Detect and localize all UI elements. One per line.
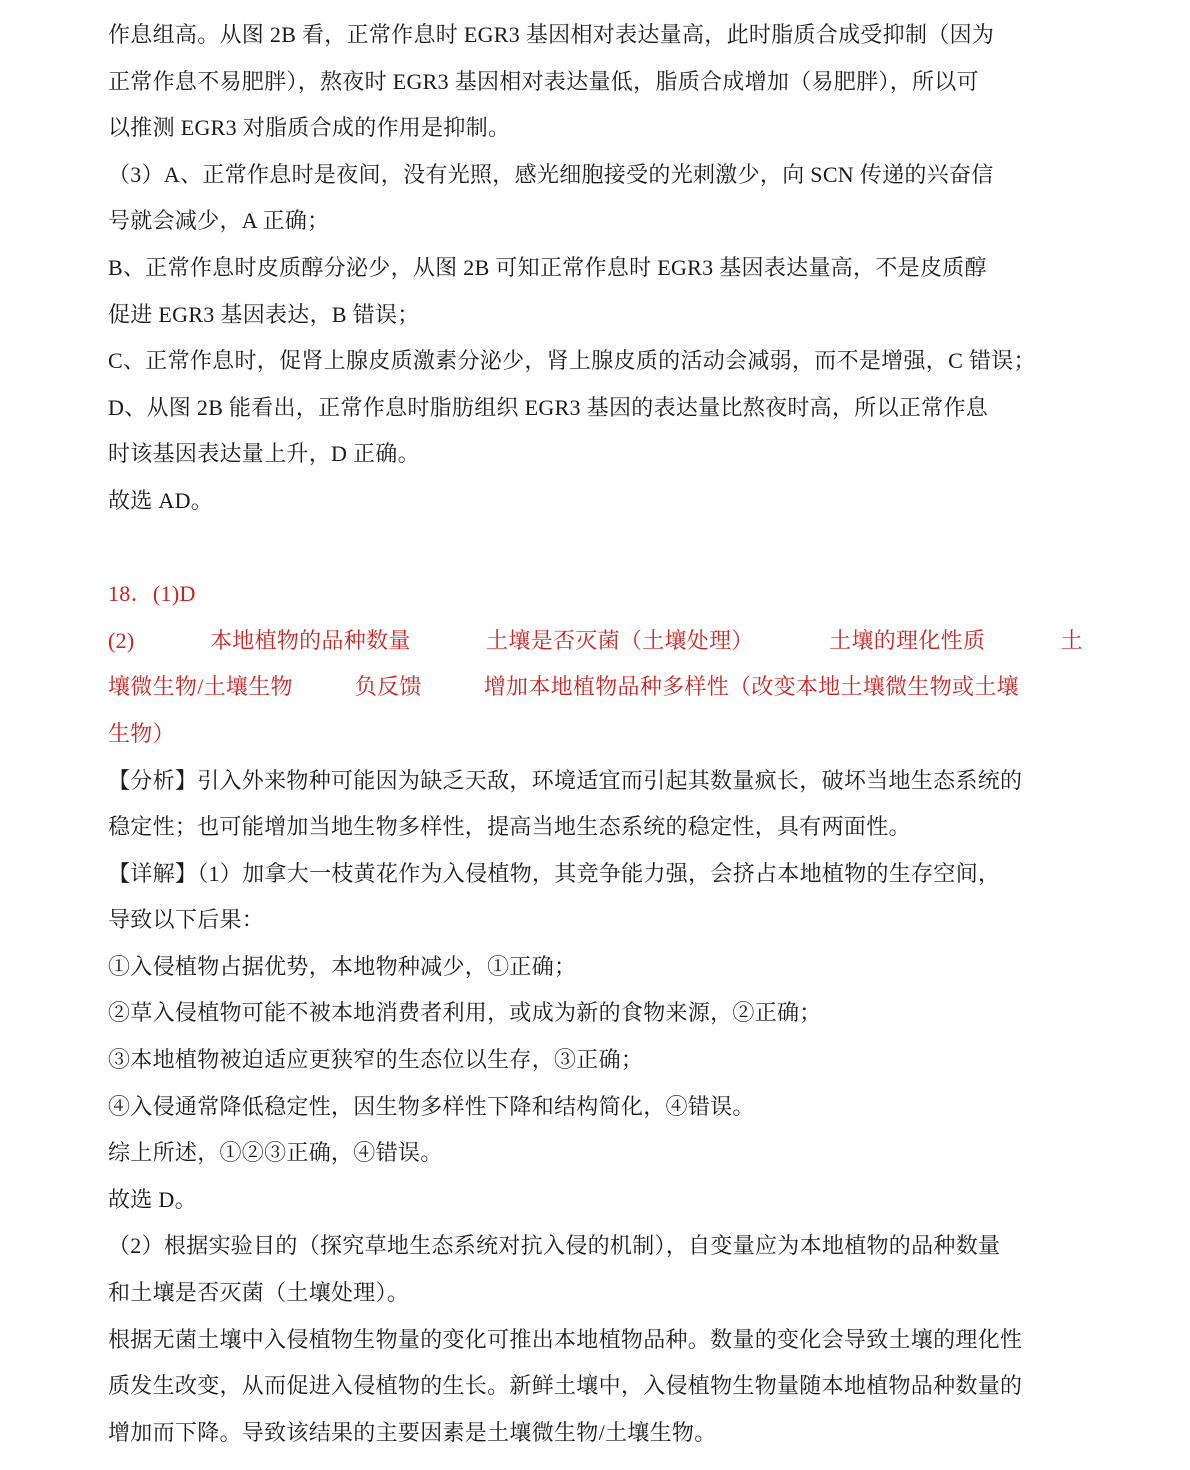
text-line: B、正常作息时皮质醇分泌少，从图 2B 可知正常作息时 EGR3 基因表达量高，… <box>108 245 1083 292</box>
text-line: D、从图 2B 能看出，正常作息时脂肪组织 EGR3 基因的表达量比熬夜时高，所… <box>108 385 1083 432</box>
analysis-line: 稳定性；也可能增加当地生物多样性，提高当地生态系统的稳定性，具有两面性。 <box>108 804 1083 851</box>
text-line: 促进 EGR3 基因表达，B 错误； <box>108 292 1083 339</box>
conclusion-line: 故选 AD。 <box>108 478 1083 525</box>
text-line: 正常作息不易肥胖），熬夜时 EGR3 基因相对表达量低，脂质合成增加（易肥胖），… <box>108 59 1083 106</box>
text-line: （3）A、正常作息时是夜间，没有光照，感光细胞接受的光刺激少，向 SCN 传递的… <box>108 152 1083 199</box>
summary-line: 综上所述，①②③正确，④错误。 <box>108 1130 1083 1177</box>
answer-q2-line3: 生物） <box>108 711 1083 758</box>
text-line: C、正常作息时，促肾上腺皮质激素分泌少，肾上腺皮质的活动会减弱，而不是增强，C … <box>108 338 1083 385</box>
detail-line: 根据无菌土壤中入侵植物生物量的变化可推出本地植物品种。数量的变化会导致土壤的理化… <box>108 1317 1083 1364</box>
detail-item-2: ②草入侵植物可能不被本地消费者利用，或成为新的食物来源，②正确； <box>108 990 1083 1037</box>
conclusion-line: 故选 D。 <box>108 1177 1083 1224</box>
answer-item: 增加本地植物品种多样性（改变本地土壤微生物或土壤 <box>484 674 1019 699</box>
detail-line: 【详解】（1）加拿大一枝黄花作为入侵植物，其竞争能力强，会挤占本地植物的生存空间… <box>108 851 1083 898</box>
detail-item-1: ①入侵植物占据优势，本地物种减少，①正确； <box>108 944 1083 991</box>
explanation-block-17: 作息组高。从图 2B 看，正常作息时 EGR3 基因相对表达量高，此时脂质合成受… <box>108 12 1083 525</box>
text-line: 作息组高。从图 2B 看，正常作息时 EGR3 基因相对表达量高，此时脂质合成受… <box>108 12 1083 59</box>
answer-block-18: 18．(1)D (2) 本地植物的品种数量 土壤是否灭菌（土壤处理） 土壤的理化… <box>108 571 1083 757</box>
detail-item-4: ④入侵通常降低稳定性，因生物多样性下降和结构简化，④错误。 <box>108 1084 1083 1131</box>
text-line: 时该基因表达量上升，D 正确。 <box>108 431 1083 478</box>
answer-item: 本地植物的品种数量 <box>210 618 411 665</box>
detail-line: 和土壤是否灭菌（土壤处理）。 <box>108 1270 1083 1317</box>
answer-q2-line2: 壤微生物/土壤生物负反馈增加本地植物品种多样性（改变本地土壤微生物或土壤 <box>108 664 1083 711</box>
analysis-block-18: 【分析】引入外来物种可能因为缺乏天敌，环境适宜而引起其数量疯长，破坏当地生态系统… <box>108 758 1083 1457</box>
analysis-line: 【分析】引入外来物种可能因为缺乏天敌，环境适宜而引起其数量疯长，破坏当地生态系统… <box>108 758 1083 805</box>
document-page: 作息组高。从图 2B 看，正常作息时 EGR3 基因相对表达量高，此时脂质合成受… <box>108 12 1083 1456</box>
answer-q1: 18．(1)D <box>108 571 1083 618</box>
answer-q2-label: (2) <box>108 618 135 665</box>
spacer <box>108 525 1083 572</box>
answer-item: 负反馈 <box>355 674 422 699</box>
detail-line: 增加而下降。导致该结果的主要因素是土壤微生物/土壤生物。 <box>108 1410 1083 1457</box>
detail-item-3: ③本地植物被迫适应更狭窄的生态位以生存，③正确； <box>108 1037 1083 1084</box>
answer-item: 土 <box>1061 618 1083 665</box>
detail-line: 质发生改变，从而促进入侵植物的生长。新鲜土壤中，入侵植物生物量随本地植物品种数量… <box>108 1363 1083 1410</box>
detail-line: 导致以下后果： <box>108 897 1083 944</box>
text-line: 号就会减少，A 正确； <box>108 198 1083 245</box>
answer-q2-line1: (2) 本地植物的品种数量 土壤是否灭菌（土壤处理） 土壤的理化性质 土 <box>108 618 1083 665</box>
answer-item: 土壤的理化性质 <box>829 618 985 665</box>
answer-item: 土壤是否灭菌（土壤处理） <box>486 618 754 665</box>
text-line: 以推测 EGR3 对脂质合成的作用是抑制。 <box>108 105 1083 152</box>
detail-line: （2）根据实验目的（探究草地生态系统对抗入侵的机制），自变量应为本地植物的品种数… <box>108 1223 1083 1270</box>
answer-item: 壤微生物/土壤生物 <box>108 674 293 699</box>
